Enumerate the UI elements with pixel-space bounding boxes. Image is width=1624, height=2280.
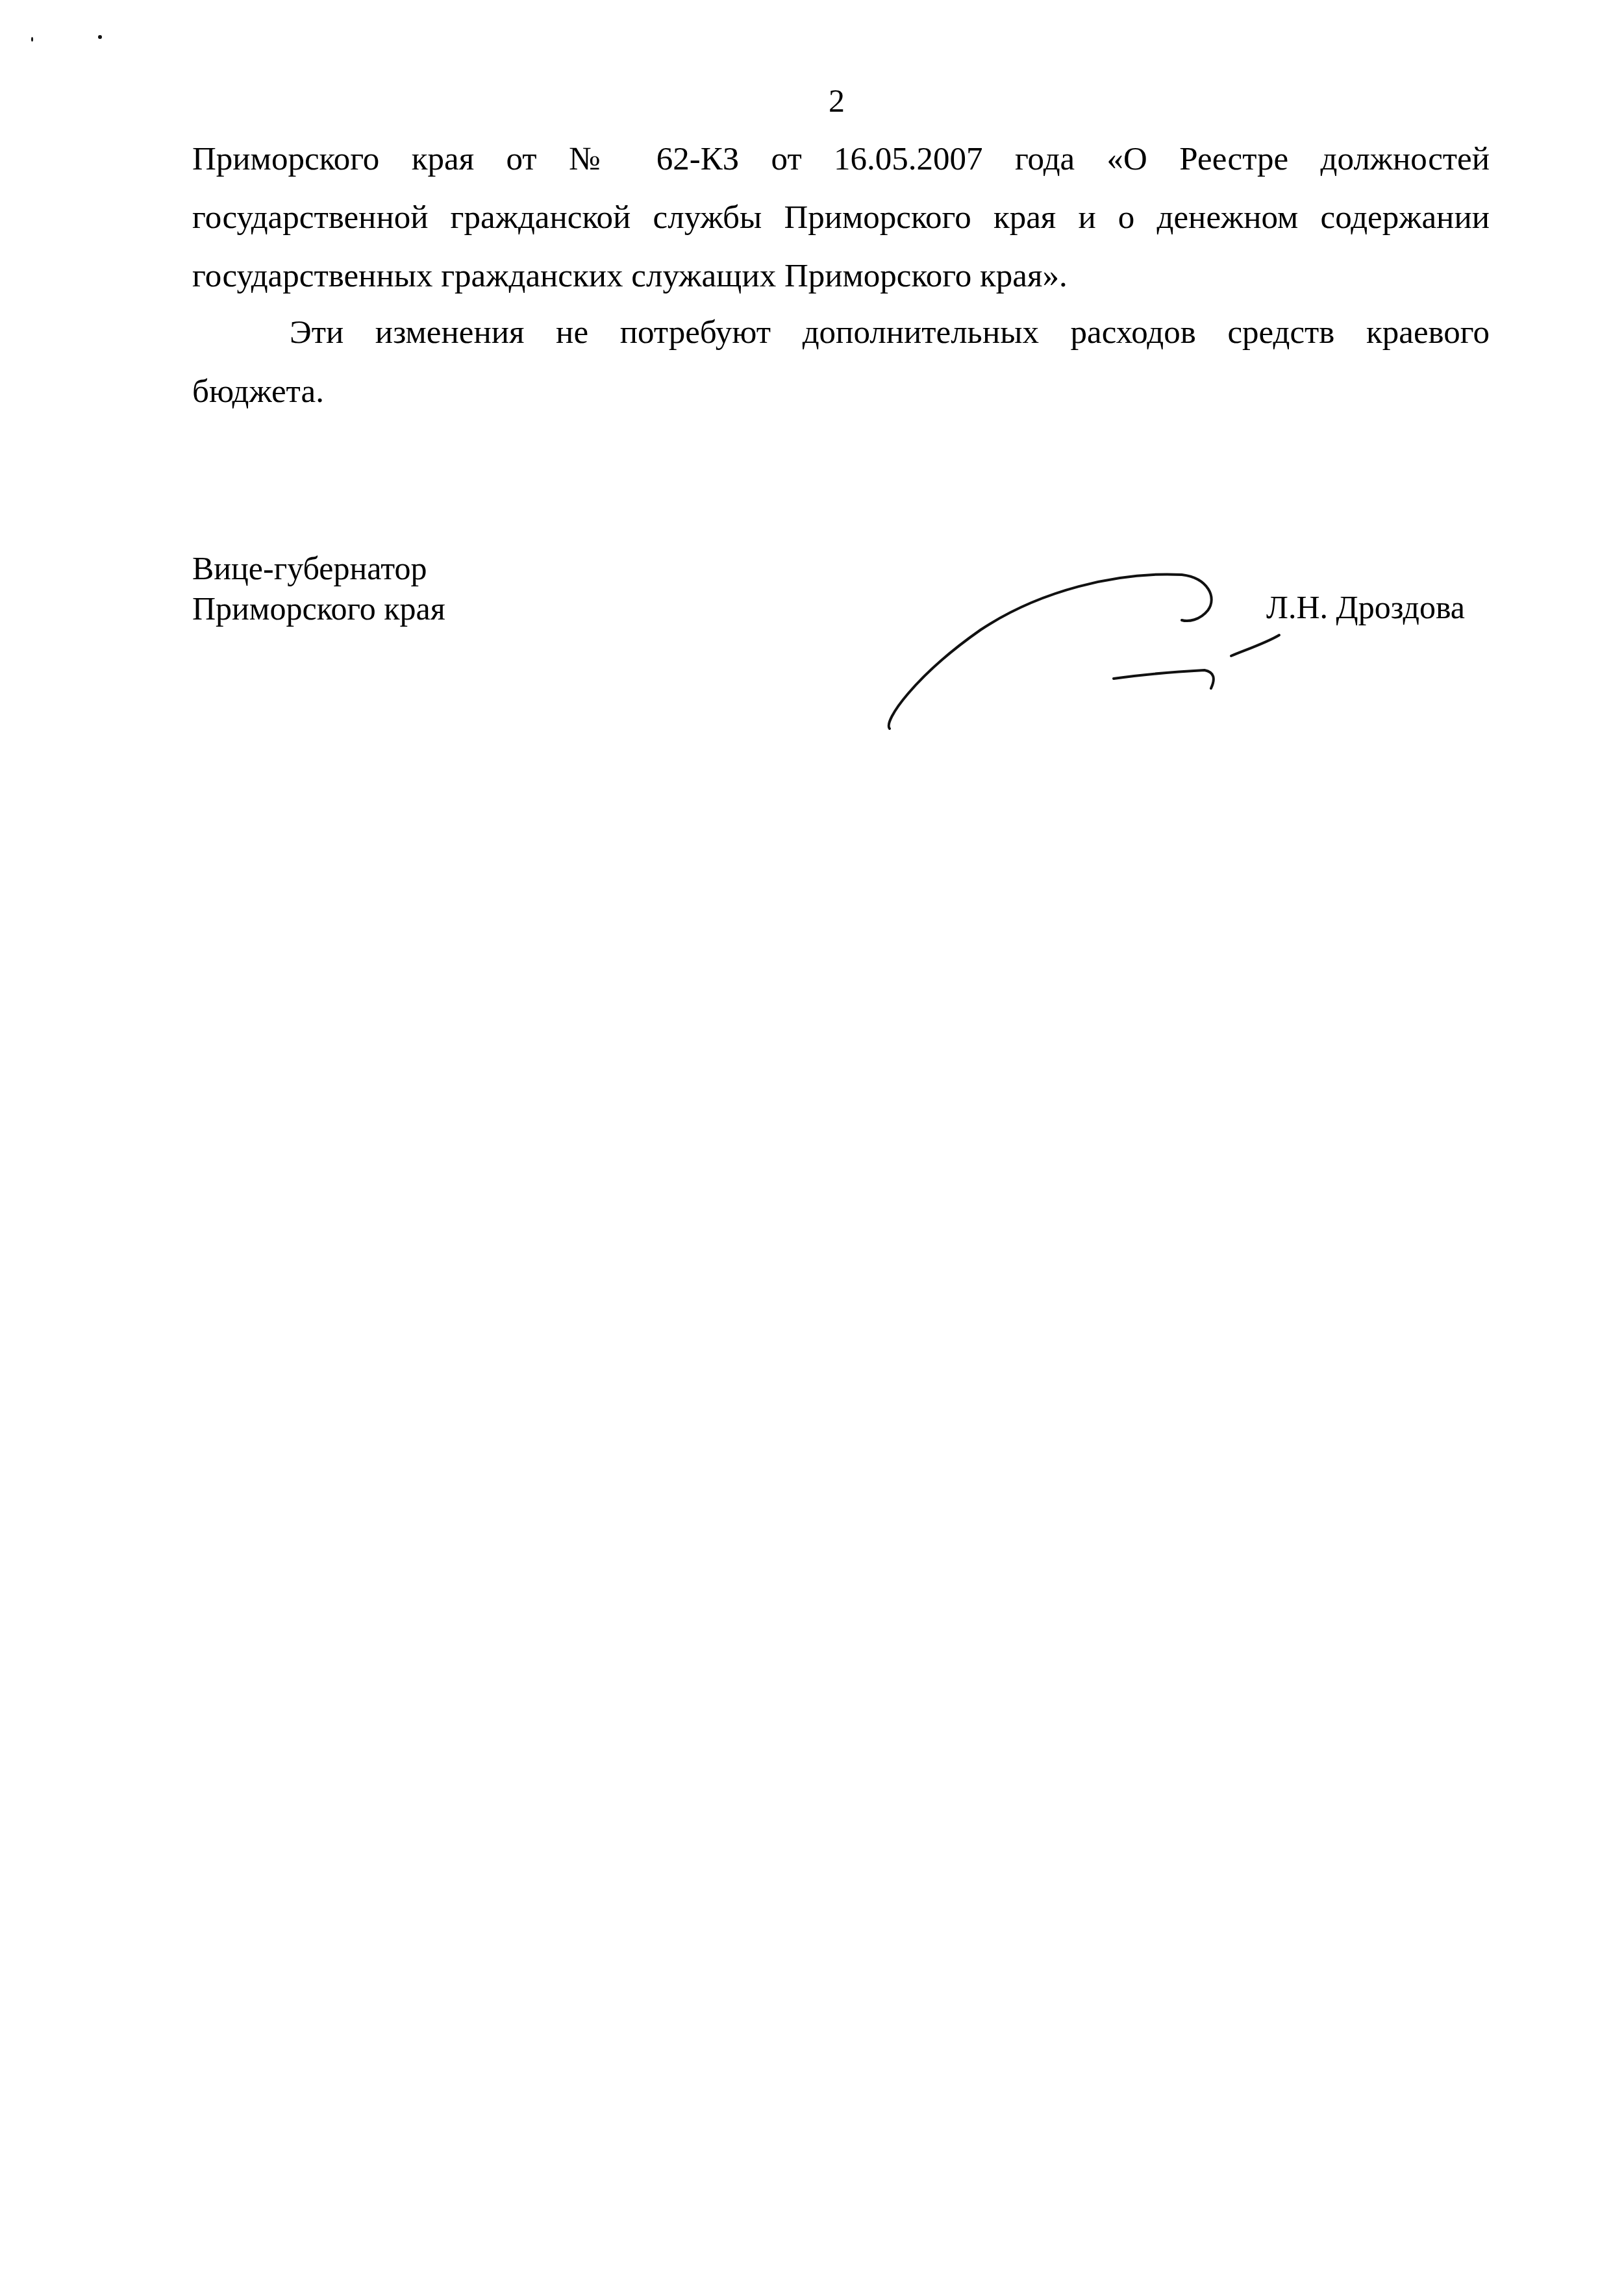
signatory-title-line-2: Приморского края bbox=[192, 589, 445, 628]
document-page: 2 Приморского края от № 62-КЗ от 16.05.2… bbox=[0, 0, 1624, 2280]
paragraph-2-line-1: Эти изменения не потребуют дополнительны… bbox=[290, 313, 1490, 352]
paragraph-1-line-1: Приморского края от № 62-КЗ от 16.05.200… bbox=[192, 140, 1490, 179]
signatory-name: Л.Н. Дроздова bbox=[1266, 588, 1465, 627]
paragraph-1-line-2: государственной гражданской службы Примо… bbox=[192, 198, 1490, 237]
page-number: 2 bbox=[829, 81, 845, 120]
signatory-title-line-1: Вице-губернатор bbox=[192, 549, 427, 588]
scan-speck bbox=[31, 37, 33, 42]
paragraph-2-line-2: бюджета. bbox=[192, 372, 1490, 411]
signature-icon bbox=[844, 558, 1299, 753]
scan-speck bbox=[98, 35, 102, 39]
paragraph-1-line-3: государственных гражданских служащих При… bbox=[192, 257, 1490, 295]
